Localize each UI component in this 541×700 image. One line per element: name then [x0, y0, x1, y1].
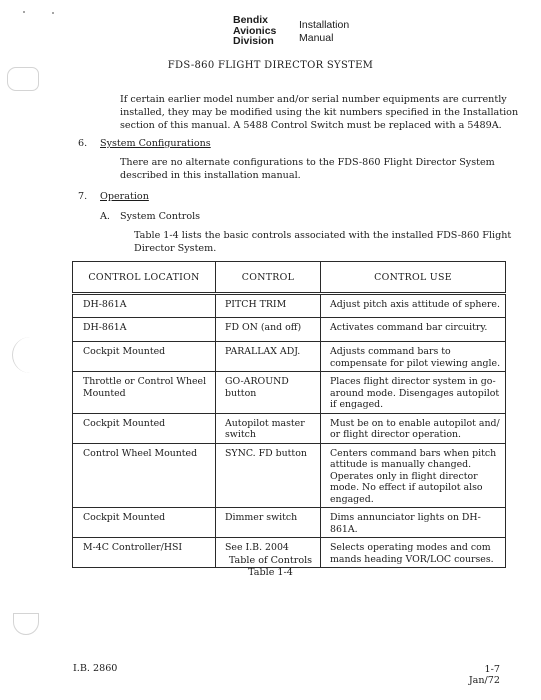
- subsection-letter: A.: [100, 211, 110, 222]
- control-use-cell: Must be on to enable autopilot and/ or f…: [321, 413, 506, 443]
- control-use-cell: Places flight director system in go-arou…: [321, 372, 506, 414]
- document-title: FDS-860 FLIGHT DIRECTOR SYSTEM: [0, 60, 541, 71]
- section-title: Operation: [100, 191, 149, 202]
- caption-line: Table of Controls: [0, 555, 541, 567]
- section-title: System Configurations: [100, 138, 211, 149]
- footer-document-id: I.B. 2860: [73, 663, 117, 674]
- control-cell: FD ON (and off): [216, 318, 321, 342]
- manual-label: Installation Manual: [299, 19, 349, 44]
- scan-speck: [23, 11, 25, 13]
- table-row: Cockpit MountedDimmer switchDims annunci…: [73, 508, 506, 538]
- caption-line: Table 1-4: [0, 567, 541, 579]
- table-row: Control Wheel MountedSYNC. FD buttonCent…: [73, 443, 506, 508]
- subsection-body: Table 1-4 lists the basic controls assoc…: [134, 230, 514, 256]
- binder-hole-bottom: [13, 613, 39, 635]
- manual-label-line: Installation: [299, 19, 349, 32]
- table-row: Cockpit MountedPARALLAX ADJ.Adjusts comm…: [73, 342, 506, 372]
- table-caption: Table of Controls Table 1-4: [0, 555, 541, 579]
- table-row: DH-861APITCH TRIMAdjust pitch axis attit…: [73, 294, 506, 318]
- control-location-cell: DH-861A: [73, 294, 216, 318]
- control-use-cell: Centers command bars when pitch attitude…: [321, 443, 506, 508]
- revision-date: Jan/72: [440, 675, 500, 686]
- intro-paragraph: If certain earlier model number and/or s…: [120, 94, 520, 132]
- control-location-cell: DH-861A: [73, 318, 216, 342]
- control-cell: Autopilot master switch: [216, 413, 321, 443]
- table-row: Cockpit MountedAutopilot master switchMu…: [73, 413, 506, 443]
- control-location-cell: Cockpit Mounted: [73, 342, 216, 372]
- column-header: CONTROL USE: [321, 262, 506, 294]
- scan-speck: [52, 12, 54, 14]
- brand-logo: Bendix Avionics Division: [233, 15, 276, 47]
- control-location-cell: Throttle or Control Wheel Mounted: [73, 372, 216, 414]
- brand-line: Bendix: [233, 15, 276, 26]
- subsection-title: System Controls: [120, 211, 200, 222]
- control-location-cell: Control Wheel Mounted: [73, 443, 216, 508]
- control-use-cell: Adjusts command bars to compensate for p…: [321, 342, 506, 372]
- control-cell: GO-AROUND button: [216, 372, 321, 414]
- page-number: 1-7: [440, 664, 500, 675]
- column-header: CONTROL: [216, 262, 321, 294]
- table-header-row: CONTROL LOCATION CONTROL CONTROL USE: [73, 262, 506, 294]
- control-cell: SYNC. FD button: [216, 443, 321, 508]
- manual-label-line: Manual: [299, 32, 349, 45]
- control-cell: Dimmer switch: [216, 508, 321, 538]
- control-cell: PARALLAX ADJ.: [216, 342, 321, 372]
- section-body: There are no alternate configurations to…: [120, 157, 515, 183]
- control-cell: PITCH TRIM: [216, 294, 321, 318]
- section-number: 6.: [78, 138, 87, 149]
- control-location-cell: Cockpit Mounted: [73, 508, 216, 538]
- section-number: 7.: [78, 191, 87, 202]
- column-header: CONTROL LOCATION: [73, 262, 216, 294]
- controls-table: CONTROL LOCATION CONTROL CONTROL USE DH-…: [72, 261, 506, 568]
- table-row: DH-861AFD ON (and off)Activates command …: [73, 318, 506, 342]
- control-use-cell: Activates command bar circuitry.: [321, 318, 506, 342]
- table-row: Throttle or Control Wheel MountedGO-AROU…: [73, 372, 506, 414]
- control-use-cell: Adjust pitch axis attitude of sphere.: [321, 294, 506, 318]
- footer-page-info: 1-7 Jan/72: [440, 664, 500, 686]
- control-location-cell: Cockpit Mounted: [73, 413, 216, 443]
- control-use-cell: Dims annunciator lights on DH-861A.: [321, 508, 506, 538]
- binder-hole-middle: [12, 337, 31, 373]
- brand-line: Division: [233, 36, 276, 47]
